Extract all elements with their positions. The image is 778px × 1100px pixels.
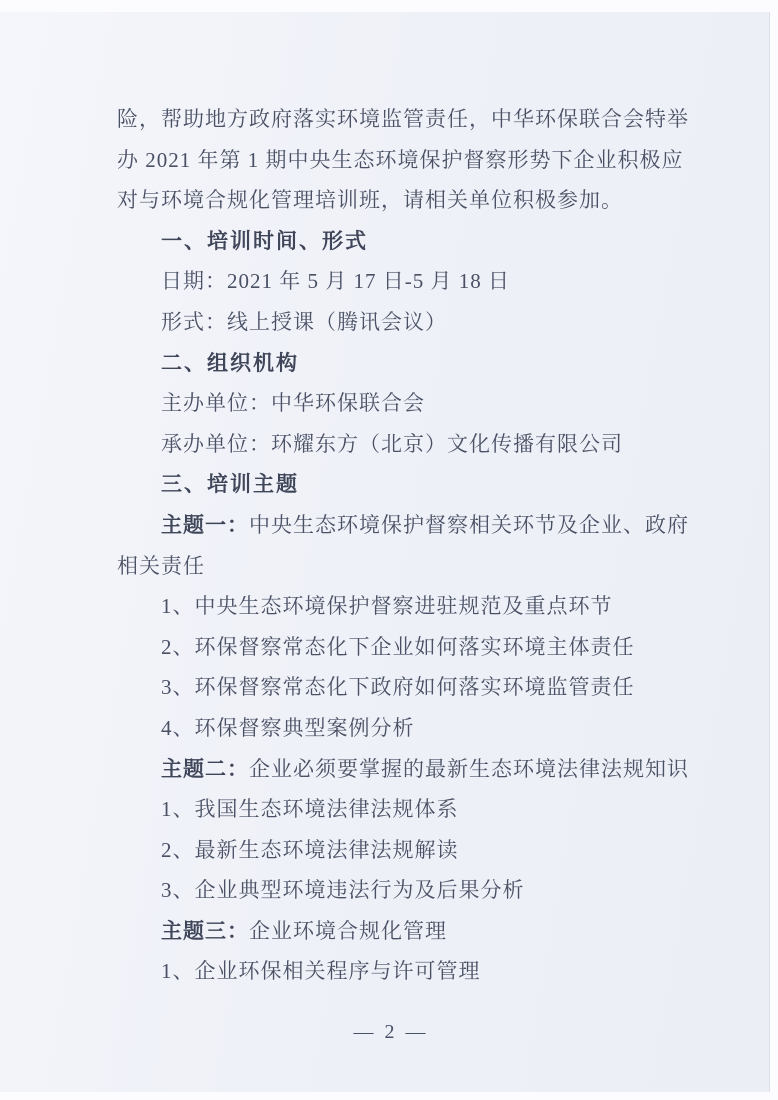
- topic-2-item-1: 1、我国生态环境法律法规体系: [117, 789, 737, 830]
- section-heading-2: 二、组织机构: [117, 343, 737, 384]
- topic-3-line: 主题三：企业环境合规化管理: [117, 911, 737, 952]
- topic-3-text: 企业环境合规化管理: [249, 919, 447, 943]
- training-date-line: 日期：2021 年 5 月 17 日-5 月 18 日: [117, 261, 737, 302]
- section-heading-1: 一、培训时间、形式: [117, 221, 737, 262]
- organizer-line: 承办单位：环耀东方（北京）文化传播有限公司: [117, 424, 737, 465]
- section-heading-3: 三、培训主题: [117, 464, 737, 505]
- paragraph-line: 办 2021 年第 1 期中央生态环境保护督察形势下企业积极应: [117, 140, 737, 181]
- topic-1-line: 主题一：中央生态环境保护督察相关环节及企业、政府: [117, 505, 737, 546]
- topic-1-continuation: 相关责任: [117, 546, 737, 587]
- topic-1-text: 中央生态环境保护督察相关环节及企业、政府: [249, 513, 689, 537]
- topic-1-item-4: 4、环保督察典型案例分析: [117, 708, 737, 749]
- topic-1-item-1: 1、中央生态环境保护督察进驻规范及重点环节: [117, 586, 737, 627]
- topic-2-line: 主题二：企业必须要掌握的最新生态环境法律法规知识: [117, 749, 737, 790]
- topic-3-item-1: 1、企业环保相关程序与许可管理: [117, 951, 737, 992]
- topic-1-label: 主题一：: [161, 513, 249, 537]
- topic-2-label: 主题二：: [161, 757, 249, 781]
- topic-3-label: 主题三：: [161, 919, 249, 943]
- topic-2-item-2: 2、最新生态环境法律法规解读: [117, 830, 737, 871]
- topic-2-text: 企业必须要掌握的最新生态环境法律法规知识: [249, 757, 689, 781]
- page-number: — 2 —: [117, 1018, 665, 1046]
- topic-1-item-2: 2、环保督察常态化下企业如何落实环境主体责任: [117, 627, 737, 668]
- topic-1-item-3: 3、环保督察常态化下政府如何落实环境监管责任: [117, 667, 737, 708]
- document-body: 险，帮助地方政府落实环境监管责任，中华环保联合会特举 办 2021 年第 1 期…: [117, 99, 737, 992]
- paragraph-line: 对与环境合规化管理培训班，请相关单位积极参加。: [117, 180, 737, 221]
- topic-2-item-3: 3、企业典型环境违法行为及后果分析: [117, 870, 737, 911]
- host-org-line: 主办单位：中华环保联合会: [117, 383, 737, 424]
- document-page: 险，帮助地方政府落实环境监管责任，中华环保联合会特举 办 2021 年第 1 期…: [0, 12, 770, 1092]
- paragraph-line: 险，帮助地方政府落实环境监管责任，中华环保联合会特举: [117, 99, 737, 140]
- training-format-line: 形式：线上授课（腾讯会议）: [117, 302, 737, 343]
